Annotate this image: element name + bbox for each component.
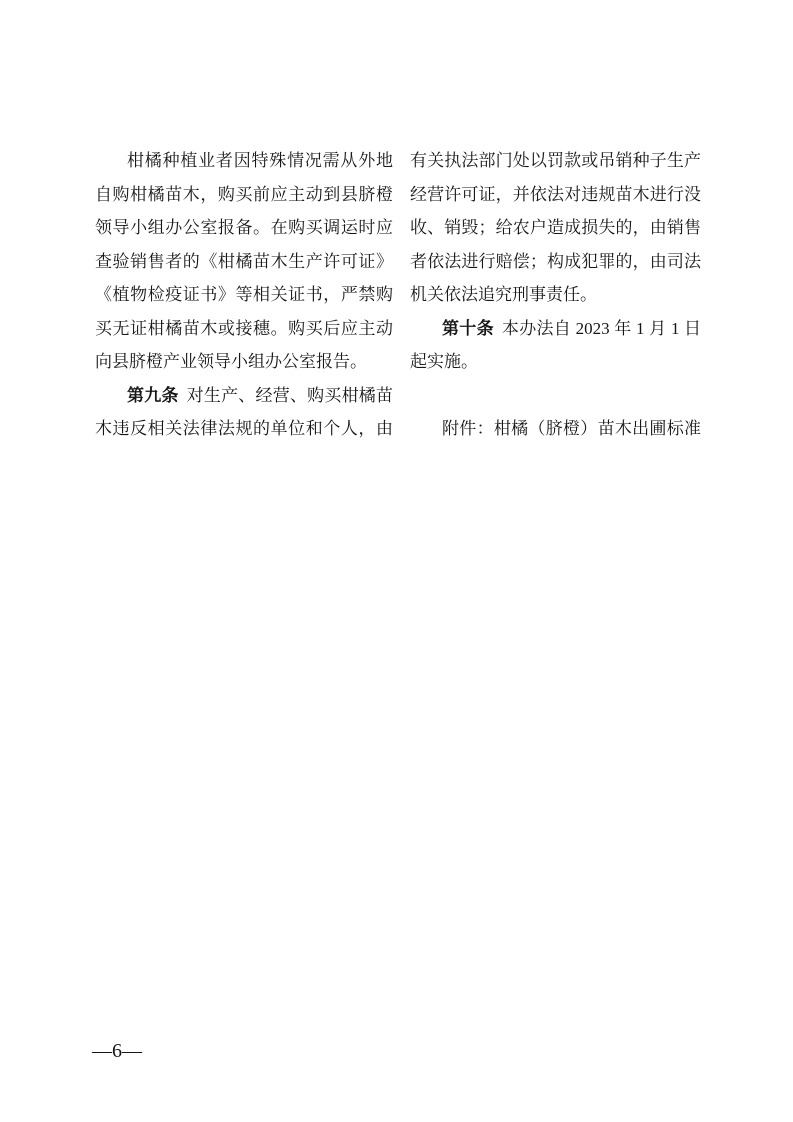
article-ten-text: 本办法自 2023 年 1 月 1 日 (502, 319, 701, 338)
text-line: 起实施。 (410, 345, 701, 379)
text-line: 自购柑橘苗木，购买前应主动到县脐橙 (95, 178, 393, 212)
text-line: 柑橘种植业者因特殊情况需从外地 (95, 144, 393, 178)
page-number: —6— (92, 1040, 142, 1062)
text-line: 木违反相关法律法规的单位和个人，由 (95, 412, 393, 446)
article-nine-text: 对生产、经营、购买柑橘苗 (187, 386, 393, 405)
text-line: 查验销售者的《柑橘苗木生产许可证》 (95, 245, 393, 279)
right-column: 有关执法部门处以罚款或吊销种子生产 经营许可证，并依法对违规苗木进行没 收、销毁… (410, 144, 701, 446)
text-line: 买无证柑橘苗木或接穗。购买后应主动 (95, 312, 393, 346)
left-column: 柑橘种植业者因特殊情况需从外地 自购柑橘苗木，购买前应主动到县脐橙 领导小组办公… (95, 144, 393, 446)
text-line: 向县脐橙产业领导小组办公室报告。 (95, 345, 393, 379)
text-line: 第十条本办法自 2023 年 1 月 1 日 (410, 312, 701, 346)
attachment-line: 附件：柑橘（脐橙）苗木出圃标准 (410, 412, 701, 446)
document-page: 柑橘种植业者因特殊情况需从外地 自购柑橘苗木，购买前应主动到县脐橙 领导小组办公… (0, 0, 793, 1122)
text-line: 领导小组办公室报备。在购买调运时应 (95, 211, 393, 245)
text-line: 第九条对生产、经营、购买柑橘苗 (95, 379, 393, 413)
article-nine-label: 第九条 (127, 386, 179, 405)
article-ten-label: 第十条 (442, 319, 494, 338)
text-line: 经营许可证，并依法对违规苗木进行没 (410, 178, 701, 212)
blank-line (410, 379, 701, 413)
text-line: 有关执法部门处以罚款或吊销种子生产 (410, 144, 701, 178)
text-line: 者依法进行赔偿；构成犯罪的，由司法 (410, 245, 701, 279)
text-line: 收、销毁；给农户造成损失的，由销售 (410, 211, 701, 245)
text-line: 机关依法追究刑事责任。 (410, 278, 701, 312)
text-line: 《植物检疫证书》等相关证书，严禁购 (95, 278, 393, 312)
